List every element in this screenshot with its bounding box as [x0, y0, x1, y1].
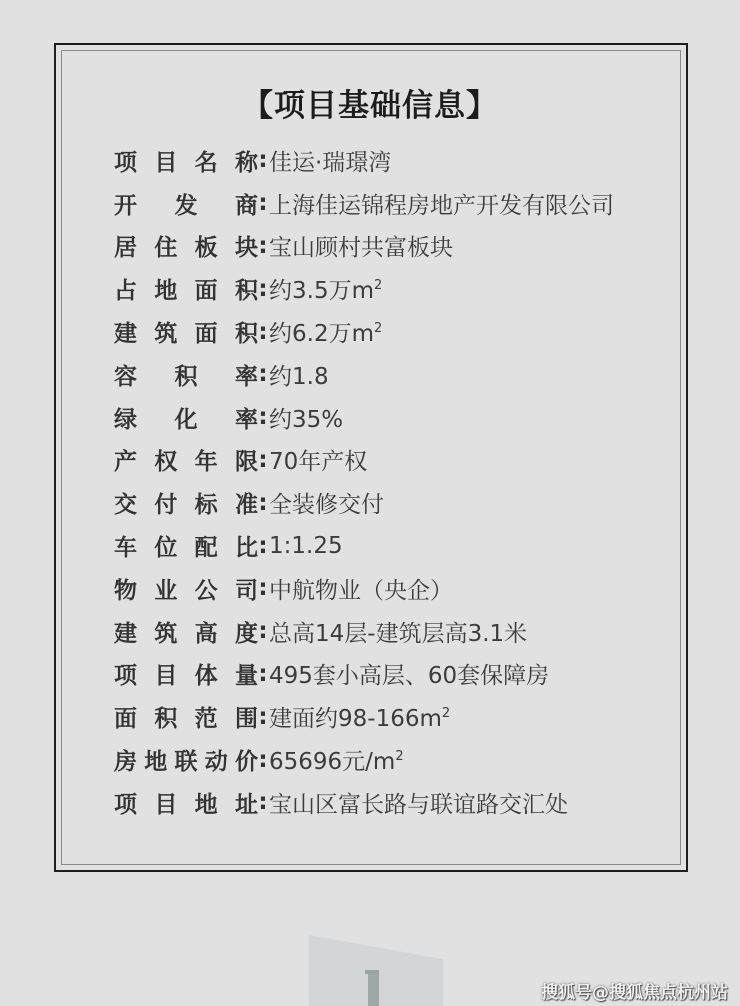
info-label-char: 项 [114, 657, 137, 690]
superscript: 2 [374, 321, 382, 336]
info-label-char: 建 [114, 315, 137, 348]
info-value-text: 约35% [269, 407, 343, 433]
info-colon: : [258, 789, 268, 815]
info-label-char: 开 [114, 187, 137, 220]
info-value: 上海佳运锦程房地产开发有限公司 [268, 187, 614, 220]
info-label-char: 项 [114, 786, 137, 819]
info-row: 房地联动价:65696元/m2 [114, 738, 614, 781]
info-label: 开发商 [114, 187, 258, 220]
info-colon: : [258, 361, 268, 387]
info-label-char: 物 [114, 572, 137, 605]
info-row: 建筑面积:约6.2万m2 [114, 310, 614, 353]
info-row: 车位配比:1:1.25 [114, 524, 614, 567]
info-label: 项目体量 [114, 657, 258, 690]
info-colon: : [258, 747, 268, 773]
info-value-text: 约6.2万m [269, 321, 374, 347]
info-row: 居住板块:宝山顾村共富板块 [114, 225, 614, 268]
info-label-char: 筑 [154, 315, 177, 348]
info-label-char: 面 [114, 700, 137, 733]
tower-illustration [368, 970, 379, 1006]
info-label-char: 联 [175, 743, 198, 776]
info-colon: : [258, 533, 268, 559]
info-value-text: 495套小高层、60套保障房 [269, 663, 549, 689]
info-label-char: 化 [175, 401, 198, 434]
info-value: 宝山顾村共富板块 [268, 229, 453, 262]
info-label: 物业公司 [114, 572, 258, 605]
info-value-text: 70年产权 [269, 449, 367, 475]
info-label-char: 标 [195, 486, 218, 519]
superscript: 2 [442, 706, 450, 721]
info-label-char: 比 [235, 529, 258, 562]
info-label-char: 位 [154, 529, 177, 562]
info-value: 宝山区富长路与联谊路交汇处 [268, 786, 568, 819]
info-label-char: 积 [235, 315, 258, 348]
info-label-char: 权 [154, 443, 177, 476]
info-colon: : [258, 404, 268, 430]
info-label-char: 称 [235, 144, 258, 177]
info-value: 约6.2万m2 [268, 315, 382, 348]
info-label-char: 址 [235, 786, 258, 819]
info-label-char: 目 [154, 657, 177, 690]
info-label-char: 地 [195, 786, 218, 819]
info-value: 约3.5万m2 [268, 272, 382, 305]
info-label-char: 付 [154, 486, 177, 519]
info-row: 容积率:约1.8 [114, 353, 614, 396]
info-label-char: 司 [235, 572, 258, 605]
info-value-text: 佳运·瑞璟湾 [269, 150, 391, 176]
info-label: 建筑高度 [114, 615, 258, 648]
info-value-text: 约3.5万m [269, 278, 374, 304]
info-label: 容积率 [114, 358, 258, 391]
info-label-char: 积 [235, 272, 258, 305]
info-colon: : [258, 276, 268, 302]
info-label-char: 占 [114, 272, 137, 305]
info-label-char: 面 [195, 315, 218, 348]
info-value-text: 65696元/m [269, 749, 395, 775]
info-value-text: 1:1.25 [269, 533, 343, 559]
info-colon: : [258, 447, 268, 473]
info-value: 约35% [268, 401, 343, 434]
info-label: 交付标准 [114, 486, 258, 519]
info-colon: : [258, 147, 268, 173]
info-label-char: 板 [195, 229, 218, 262]
info-label-char: 配 [195, 529, 218, 562]
info-label: 绿化率 [114, 401, 258, 434]
info-colon: : [258, 233, 268, 259]
info-value: 全装修交付 [268, 486, 384, 519]
info-label-char: 块 [235, 229, 258, 262]
info-label-char: 高 [195, 615, 218, 648]
info-label-char: 项 [114, 144, 137, 177]
info-label: 建筑面积 [114, 315, 258, 348]
info-label: 车位配比 [114, 529, 258, 562]
info-colon: : [258, 661, 268, 687]
info-label-char: 限 [235, 443, 258, 476]
info-label-char: 准 [235, 486, 258, 519]
info-label-char: 率 [235, 358, 258, 391]
info-value: 70年产权 [268, 443, 367, 476]
info-label-char: 公 [195, 572, 218, 605]
info-row: 项目体量:495套小高层、60套保障房 [114, 653, 614, 696]
info-value: 中航物业（央企） [268, 572, 453, 605]
info-label-char: 建 [114, 615, 137, 648]
info-row: 物业公司:中航物业（央企） [114, 567, 614, 610]
info-value-text: 建面约98-166m [269, 706, 442, 732]
info-label-char: 范 [195, 700, 218, 733]
info-value: 65696元/m2 [268, 743, 404, 776]
info-row: 项目地址:宝山区富长路与联谊路交汇处 [114, 781, 614, 824]
info-label-char: 围 [235, 700, 258, 733]
info-row: 项目名称:佳运·瑞璟湾 [114, 139, 614, 182]
info-row: 产权年限:70年产权 [114, 439, 614, 482]
info-label-char: 名 [195, 144, 218, 177]
info-label: 产权年限 [114, 443, 258, 476]
info-colon: : [258, 319, 268, 345]
info-label: 面积范围 [114, 700, 258, 733]
info-value-text: 宝山顾村共富板块 [269, 235, 453, 261]
info-label-char: 地 [144, 743, 167, 776]
info-label: 房地联动价 [114, 743, 258, 776]
superscript: 2 [374, 278, 382, 293]
info-label-char: 价 [235, 743, 258, 776]
info-label: 项目地址 [114, 786, 258, 819]
info-value: 佳运·瑞璟湾 [268, 144, 391, 177]
info-colon: : [258, 490, 268, 516]
info-label-char: 商 [235, 187, 258, 220]
info-value: 总高14层-建筑层高3.1米 [268, 615, 527, 648]
info-label: 项目名称 [114, 144, 258, 177]
info-label-char: 业 [154, 572, 177, 605]
info-label: 居住板块 [114, 229, 258, 262]
info-value-text: 宝山区富长路与联谊路交汇处 [269, 792, 568, 818]
info-label-char: 居 [114, 229, 137, 262]
watermark: 搜狐号@搜狐焦点杭州站 [541, 978, 728, 1003]
info-label-char: 量 [235, 657, 258, 690]
info-label-char: 率 [235, 401, 258, 434]
info-label-char: 交 [114, 486, 137, 519]
info-label-char: 面 [195, 272, 218, 305]
info-label-char: 容 [114, 358, 137, 391]
info-value-text: 上海佳运锦程房地产开发有限公司 [269, 193, 614, 219]
info-row: 占地面积:约3.5万m2 [114, 267, 614, 310]
project-info-list: 项目名称:佳运·瑞璟湾开发商:上海佳运锦程房地产开发有限公司居住板块:宝山顾村共… [114, 139, 614, 824]
info-row: 建筑高度:总高14层-建筑层高3.1米 [114, 610, 614, 653]
info-label-char: 筑 [154, 615, 177, 648]
info-value: 约1.8 [268, 358, 329, 391]
info-label: 占地面积 [114, 272, 258, 305]
info-label-char: 地 [154, 272, 177, 305]
superscript: 2 [395, 749, 403, 764]
info-row: 绿化率:约35% [114, 396, 614, 439]
section-title: 【项目基础信息】 [0, 80, 740, 125]
info-label-char: 发 [175, 187, 198, 220]
info-label-char: 体 [195, 657, 218, 690]
info-value: 建面约98-166m2 [268, 700, 450, 733]
info-label-char: 年 [195, 443, 218, 476]
info-value: 1:1.25 [268, 533, 343, 559]
info-label-char: 目 [154, 786, 177, 819]
info-value: 495套小高层、60套保障房 [268, 657, 549, 690]
info-label-char: 产 [114, 443, 137, 476]
info-label-char: 车 [114, 529, 137, 562]
info-label-char: 绿 [114, 401, 137, 434]
info-label-char: 积 [175, 358, 198, 391]
info-label-char: 动 [205, 743, 228, 776]
info-value-text: 全装修交付 [269, 492, 384, 518]
info-label-char: 目 [154, 144, 177, 177]
info-colon: : [258, 190, 268, 216]
info-colon: : [258, 618, 268, 644]
info-label-char: 住 [154, 229, 177, 262]
info-row: 交付标准:全装修交付 [114, 481, 614, 524]
info-value-text: 中航物业（央企） [269, 578, 453, 604]
info-label-char: 度 [235, 615, 258, 648]
info-value-text: 总高14层-建筑层高3.1米 [269, 621, 527, 647]
info-row: 面积范围:建面约98-166m2 [114, 695, 614, 738]
info-label-char: 房 [114, 743, 137, 776]
info-label-char: 积 [154, 700, 177, 733]
info-colon: : [258, 704, 268, 730]
info-row: 开发商:上海佳运锦程房地产开发有限公司 [114, 182, 614, 225]
info-colon: : [258, 575, 268, 601]
info-value-text: 约1.8 [269, 364, 329, 390]
